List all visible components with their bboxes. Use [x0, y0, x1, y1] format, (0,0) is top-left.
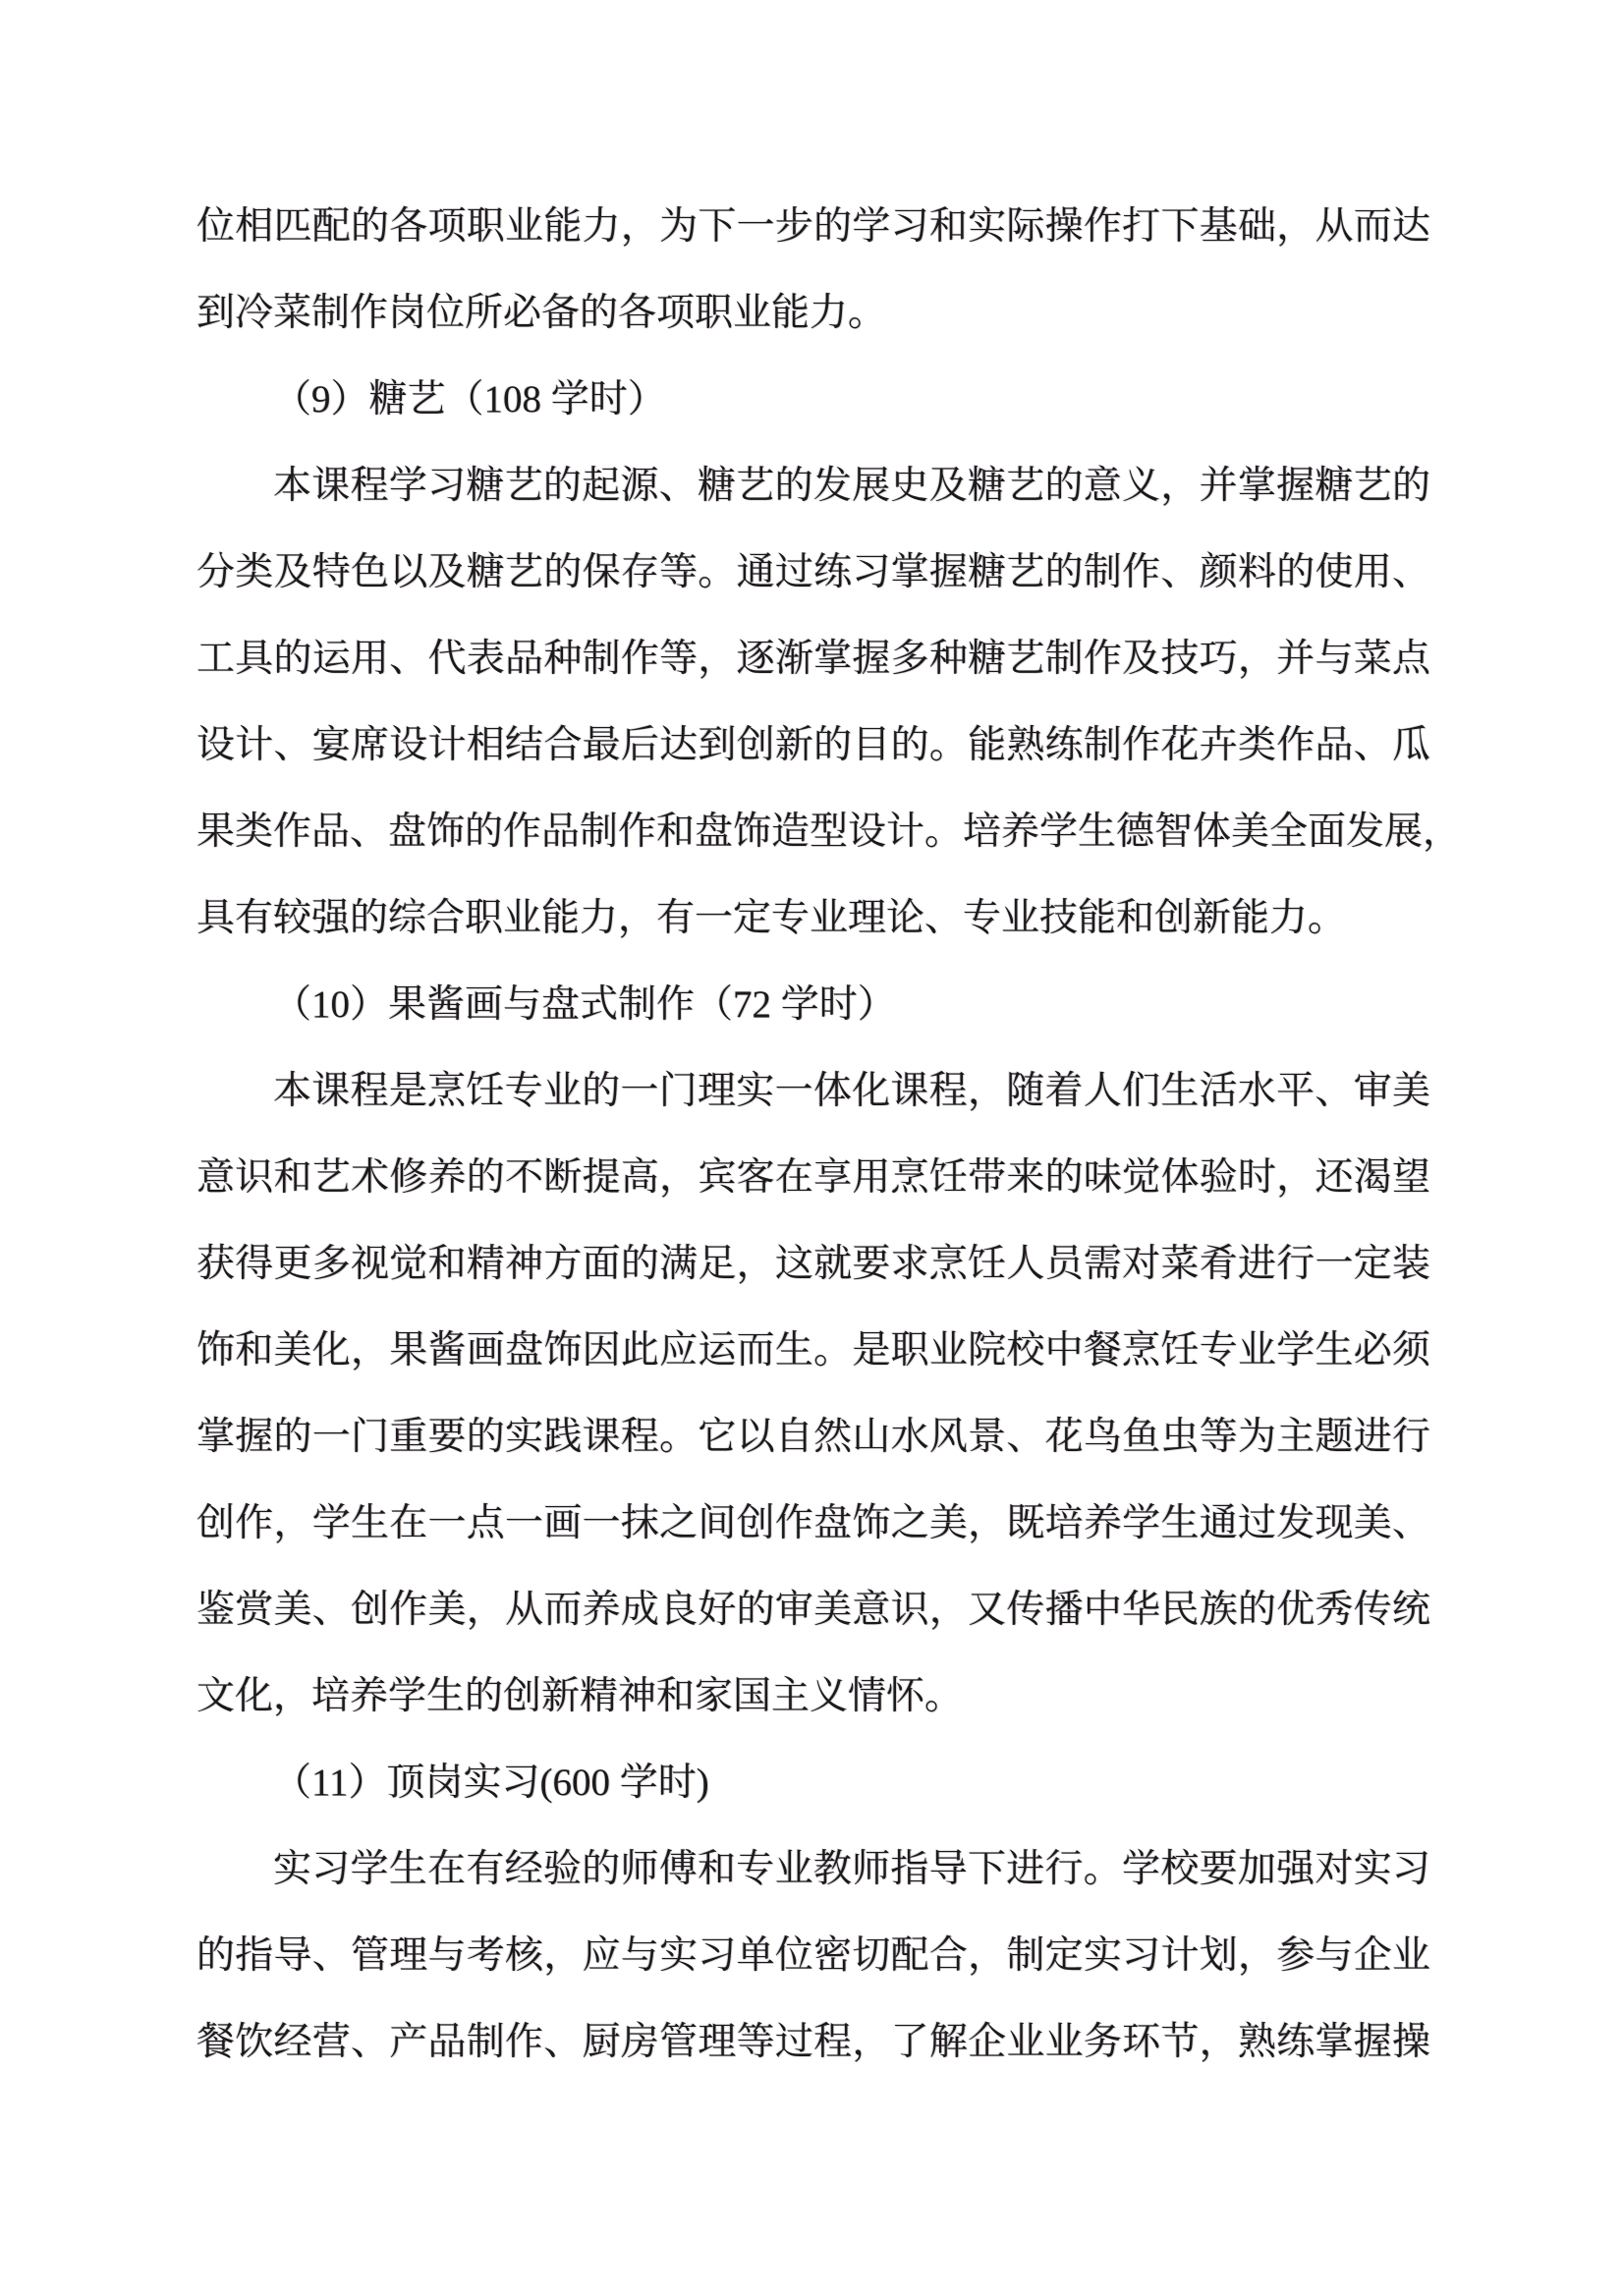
- text-line: 工具的运用、代表品种制作等，逐渐掌握多种糖艺制作及技巧，并与菜点: [196, 616, 1430, 702]
- text-line: （10）果酱画与盘式制作（72 学时）: [196, 962, 1430, 1048]
- text-line: （9）糖艺（108 学时）: [196, 357, 1430, 443]
- text-line: 分类及特色以及糖艺的保存等。通过练习掌握糖艺的制作、颜料的使用、: [196, 530, 1430, 616]
- text-line: 鉴赏美、创作美，从而养成良好的审美意识，又传播中华民族的优秀传统: [196, 1567, 1430, 1653]
- text-line: 本课程是烹饪专业的一门理实一体化课程，随着人们生活水平、审美: [196, 1048, 1430, 1135]
- text-line: 饰和美化，果酱画盘饰因此应运而生。是职业院校中餐烹饪专业学生必须: [196, 1308, 1430, 1394]
- text-line: 的指导、管理与考核，应与实习单位密切配合，制定实习计划，参与企业: [196, 1913, 1430, 1999]
- text-line: 获得更多视觉和精神方面的满足，这就要求烹饪人员需对菜肴进行一定装: [196, 1221, 1430, 1308]
- text-line: 本课程学习糖艺的起源、糖艺的发展史及糖艺的意义，并掌握糖艺的: [196, 443, 1430, 530]
- text-line: 意识和艺术修养的不断提高，宾客在享用烹饪带来的味觉体验时，还渴望: [196, 1135, 1430, 1221]
- text-line: 设计、宴席设计相结合最后达到创新的目的。能熟练制作花卉类作品、瓜: [196, 702, 1430, 789]
- text-line: 位相匹配的各项职业能力，为下一步的学习和实际操作打下基础，从而达: [196, 184, 1430, 270]
- text-line: 实习学生在有经验的师傅和专业教师指导下进行。学校要加强对实习: [196, 1826, 1430, 1913]
- text-block: 位相匹配的各项职业能力，为下一步的学习和实际操作打下基础，从而达到冷菜制作岗位所…: [196, 184, 1430, 2086]
- text-line: 餐饮经营、产品制作、厨房管理等过程，了解企业业务环节，熟练掌握操: [196, 1999, 1430, 2086]
- text-line: 创作，学生在一点一画一抹之间创作盘饰之美，既培养学生通过发现美、: [196, 1481, 1430, 1567]
- text-line: 文化，培养学生的创新精神和家国主义情怀。: [196, 1653, 1430, 1740]
- text-line: 具有较强的综合职业能力，有一定专业理论、专业技能和创新能力。: [196, 875, 1430, 962]
- text-line: （11）顶岗实习(600 学时): [196, 1740, 1430, 1826]
- document-page: 位相匹配的各项职业能力，为下一步的学习和实际操作打下基础，从而达到冷菜制作岗位所…: [0, 0, 1623, 2296]
- text-line: 到冷菜制作岗位所必备的各项职业能力。: [196, 270, 1430, 357]
- text-line: 掌握的一门重要的实践课程。它以自然山水风景、花鸟鱼虫等为主题进行: [196, 1394, 1430, 1481]
- text-line: 果类作品、盘饰的作品制作和盘饰造型设计。培养学生德智体美全面发展，: [196, 789, 1430, 875]
